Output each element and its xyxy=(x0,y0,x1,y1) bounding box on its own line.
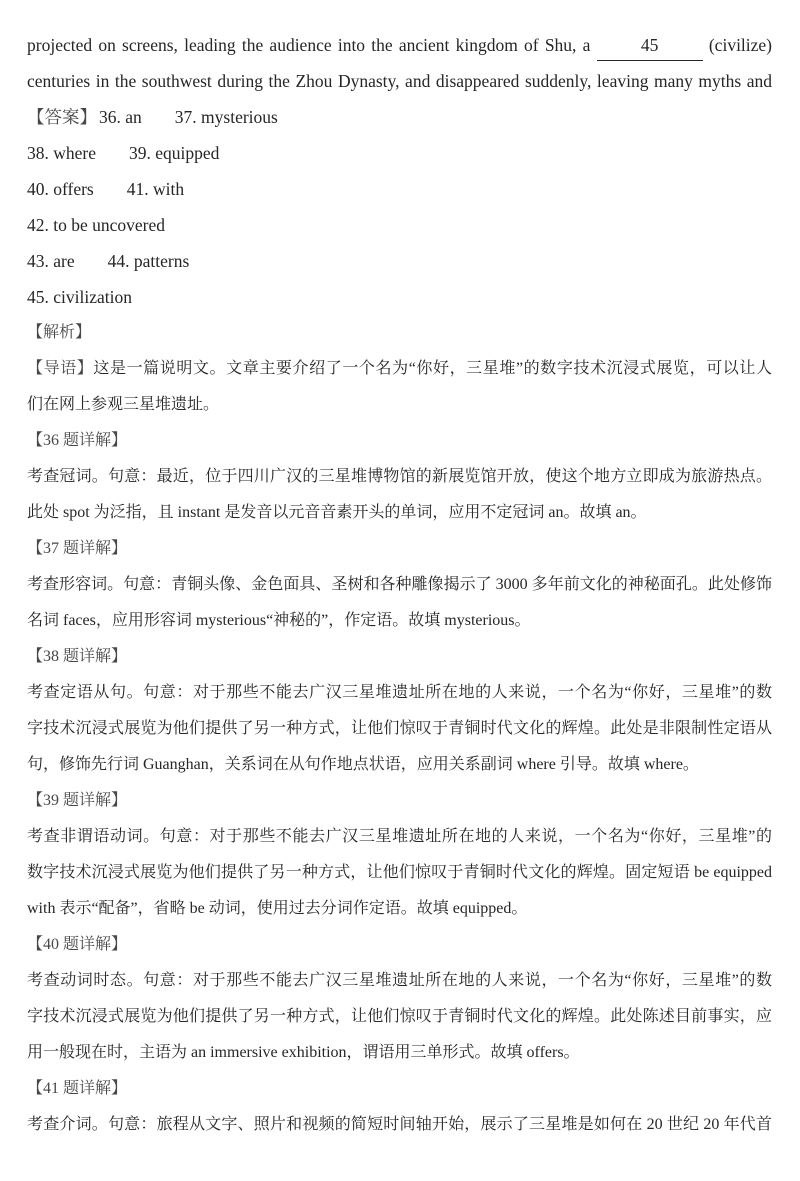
q40-line-3: 用一般现在时，主语为 an immersive exhibition，谓语用三单… xyxy=(27,1035,772,1071)
answers-row-2: 38. where39. equipped xyxy=(27,135,772,171)
q38-line-3: 句，修饰先行词 Guanghan，关系词在从句作地点状语，应用关系副词 wher… xyxy=(27,747,772,783)
intro-text-1: 这是一篇说明文。文章主要介绍了一个名为“你好，三星堆”的数字技术沉浸式展览，可以… xyxy=(93,360,772,377)
q41-heading: 【41 题详解】 xyxy=(27,1071,772,1107)
answer-40: 40. offers xyxy=(27,179,94,199)
answer-37: 37. mysterious xyxy=(175,107,278,127)
answers-label: 【答案】 xyxy=(27,107,97,127)
passage-line-2: centuries in the southwest during the Zh… xyxy=(27,63,772,99)
q39-line-2: 数字技术沉浸式展览为他们提供了另一种方式，让他们惊叹于青铜时代文化的辉煌。固定短… xyxy=(27,855,772,891)
passage-line-1: projected on screens, leading the audien… xyxy=(27,27,772,63)
answer-45: 45. civilization xyxy=(27,287,132,307)
intro-line-2: 们在网上参观三星堆遗址。 xyxy=(27,387,772,423)
answers-row-3: 40. offers41. with xyxy=(27,171,772,207)
q38-line-1: 考查定语从句。句意：对于那些不能去广汉三星堆遗址所在地的人来说，一个名为“你好，… xyxy=(27,675,772,711)
intro-label: 【导语】 xyxy=(27,360,93,377)
q39-line-3: with 表示“配备”，省略 be 动词，使用过去分词作定语。故填 equipp… xyxy=(27,891,772,927)
q37-heading: 【37 题详解】 xyxy=(27,531,772,567)
answers-row-1: 【答案】36. an37. mysterious xyxy=(27,99,772,135)
blank-number: 45 xyxy=(641,35,659,55)
q38-heading: 【38 题详解】 xyxy=(27,639,772,675)
answer-44: 44. patterns xyxy=(108,251,190,271)
answer-41: 41. with xyxy=(127,179,184,199)
q37-line-2: 名词 faces，应用形容词 mysterious“神秘的”，作定语。故填 my… xyxy=(27,603,772,639)
document-page: projected on screens, leading the audien… xyxy=(0,0,800,1181)
answers-row-5: 43. are44. patterns xyxy=(27,243,772,279)
intro-line-1: 【导语】这是一篇说明文。文章主要介绍了一个名为“你好，三星堆”的数字技术沉浸式展… xyxy=(27,351,772,387)
q40-heading: 【40 题详解】 xyxy=(27,927,772,963)
analysis-heading: 【解析】 xyxy=(27,315,772,351)
q36-line-1: 考查冠词。句意：最近，位于四川广汉的三星堆博物馆的新展览馆开放，使这个地方立即成… xyxy=(27,459,772,495)
q37-line-1: 考查形容词。句意：青铜头像、金色面具、圣树和各种雕像揭示了 3000 多年前文化… xyxy=(27,567,772,603)
answers-row-4: 42. to be uncovered xyxy=(27,207,772,243)
answer-36: 36. an xyxy=(99,107,142,127)
q36-heading: 【36 题详解】 xyxy=(27,423,772,459)
answers-row-6: 45. civilization xyxy=(27,279,772,315)
q38-line-2: 字技术沉浸式展览为他们提供了另一种方式，让他们惊叹于青铜时代文化的辉煌。此处是非… xyxy=(27,711,772,747)
q40-line-2: 字技术沉浸式展览为他们提供了另一种方式，让他们惊叹于青铜时代文化的辉煌。此处陈述… xyxy=(27,999,772,1035)
q39-heading: 【39 题详解】 xyxy=(27,783,772,819)
q41-line-1: 考查介词。句意：旅程从文字、照片和视频的简短时间轴开始，展示了三星堆是如何在 2… xyxy=(27,1107,772,1143)
q39-line-1: 考查非谓语动词。句意：对于那些不能去广汉三星堆遗址所在地的人来说，一个名为“你好… xyxy=(27,819,772,855)
q36-line-2: 此处 spot 为泛指，且 instant 是发音以元音音素开头的单词，应用不定… xyxy=(27,495,772,531)
answer-38: 38. where xyxy=(27,143,96,163)
q40-line-1: 考查动词时态。句意：对于那些不能去广汉三星堆遗址所在地的人来说，一个名为“你好，… xyxy=(27,963,772,999)
answer-43: 43. are xyxy=(27,251,75,271)
passage-line-1-pre: projected on screens, leading the audien… xyxy=(27,35,590,55)
answer-39: 39. equipped xyxy=(129,143,219,163)
fill-blank-45: 45 xyxy=(597,36,703,61)
answer-42: 42. to be uncovered xyxy=(27,215,165,235)
